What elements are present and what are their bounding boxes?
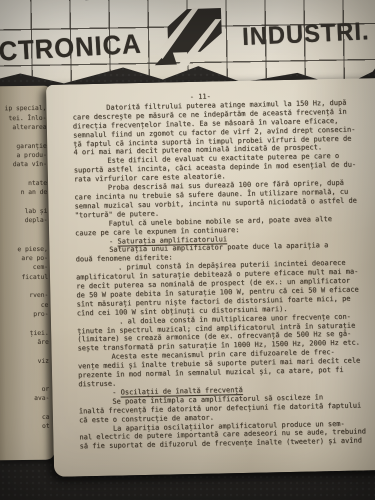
left-page-fragment [0,235,48,245]
left-page-fragment: rven- [0,291,48,301]
left-page-fragment: ot [0,422,50,432]
left-page-fragment: garanție [0,141,47,151]
left-page-fragment: cem- [0,263,48,273]
left-page-fragment: ip special, [0,104,46,114]
masthead-title-left: ECTRONICA [0,29,142,69]
left-page-fragment: e piese, [0,244,48,254]
left-page-fragment: ntate [0,179,47,189]
left-page-fragment: alterarea [0,123,47,133]
left-page-fragment: depla- [0,216,48,226]
left-page-fragment [0,226,48,236]
left-page-fragment: or [0,384,49,394]
left-page-fragment: n an de [0,188,47,198]
typed-text-block: - 11- Datorită filtrului puterea atinge … [46,78,375,452]
left-page-fragment: tei. Înlo- [0,113,46,123]
left-page-fragment: ce [0,300,48,310]
left-page-fragment: lab și [0,207,47,217]
left-page-fragment: pro- [0,310,48,320]
left-page-fragment: are po- [0,254,48,264]
photo-of-document: ECTRONICA INDUSTRI. ip special,tei. Înlo… [0,0,375,500]
left-page-fragment: ca [0,412,50,422]
masthead-title-right: INDUSTRI. [242,17,370,52]
typewritten-page: - 11- Datorită filtrului puterea atinge … [46,78,375,477]
left-page-fragment [0,198,47,208]
left-page-fragment: ăre [0,338,49,348]
left-page-fragment: ției. [0,328,49,338]
left-page-fragment [0,282,48,292]
left-page-fragment [0,132,47,142]
left-page-fragment: data vîn- [0,160,47,170]
left-page-fragment: ficatul [0,272,48,282]
left-page-fragment: a produ- [0,151,47,161]
left-page-fragment: ava- [0,394,49,404]
left-page-fragment [0,403,49,413]
left-page-fragment: viz [0,356,49,366]
cube-logo-icon [151,3,235,74]
left-page-fragment [0,170,47,180]
